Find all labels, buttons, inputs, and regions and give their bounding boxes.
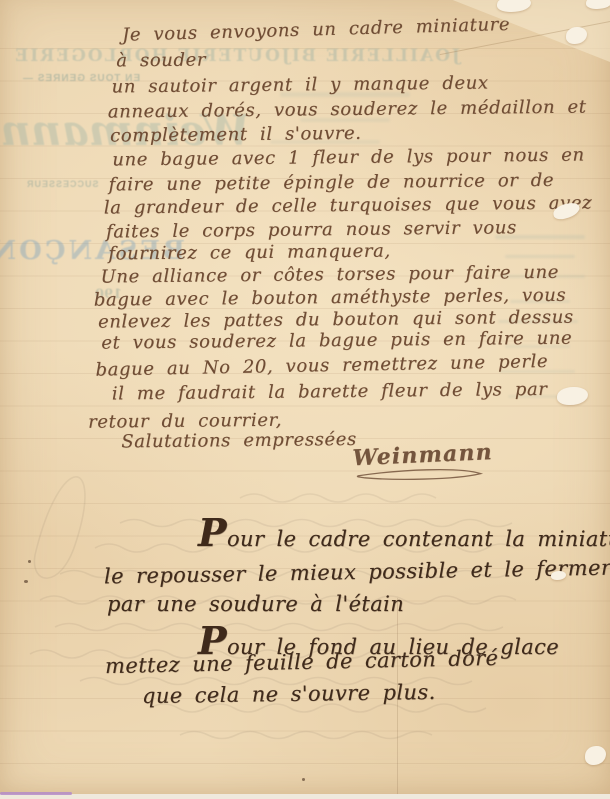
letter-closing: Salutations empressées (121, 431, 357, 451)
letter-line: Une alliance or côtes torses pour faire … (101, 264, 560, 287)
ink-speck (24, 580, 28, 583)
letter-line: faites le corps pourra nous servir vous (106, 219, 517, 241)
letter-line: Je vous envoyons un cadre miniature (122, 16, 511, 45)
scan-edge (0, 794, 610, 799)
letter-line: anneaux dorés, vous souderez le médaillo… (108, 98, 587, 121)
letter-body: Je vous envoyons un cadre miniature à so… (0, 0, 610, 799)
letter-line: une bague avec 1 fleur de lys pour nous … (112, 147, 584, 170)
postscript-line: par une soudure à l'étain (107, 594, 404, 615)
postscript-line: que cela ne s'ouvre plus. (142, 682, 436, 707)
letter-line: bague au No 20, vous remettrez une perle (95, 353, 548, 380)
letter-line: un sautoir argent il y manque deux (112, 75, 489, 97)
letter-line: la grandeur de celle turquoises que vous… (104, 194, 593, 217)
letter-line: faire une petite épingle de nourrice or … (109, 172, 555, 195)
scan-edge-artifact (0, 792, 72, 795)
letter-line: complètement il s'ouvre. (110, 125, 362, 146)
letter-line: et vous souderez la bague puis en faire … (101, 330, 572, 353)
letter-line: retour du courrier, (88, 412, 282, 432)
letter-line: fournirez ce qui manquera, (108, 243, 391, 264)
letter-line: bague avec le bouton améthyste perles, v… (94, 287, 567, 310)
ink-speck (28, 560, 31, 563)
signature-flourish (355, 468, 485, 483)
postscript-line: Pour le cadre contenant la miniature (198, 514, 610, 552)
signature: Weinmann (352, 441, 493, 469)
letter-page: JOAILLERIE BIJOUTERIE HORLOGERIE EN TOUS… (0, 0, 610, 799)
letter-line: il me faudrait la barette fleur de lys p… (112, 381, 548, 404)
vertical-fold-line (397, 598, 398, 799)
ink-speck (302, 778, 305, 781)
letter-line: à souder (116, 51, 206, 70)
